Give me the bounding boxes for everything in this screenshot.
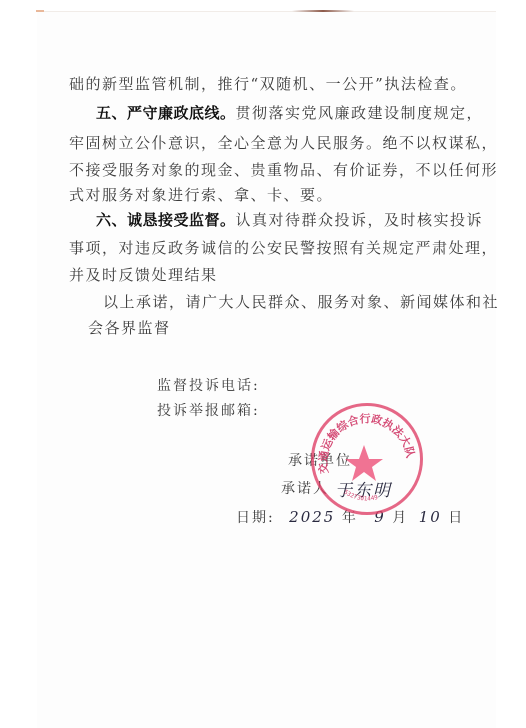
- paragraph-line: 五、严守廉政底线。贯彻落实党风廉政建设制度规定，: [96, 104, 483, 122]
- paragraph-text: 认真对待群众投诉，及时核实投诉: [236, 211, 484, 229]
- day-char: 日: [448, 510, 464, 526]
- email-label: 投诉举报邮箱:: [157, 400, 260, 420]
- official-seal: 交通运输综合行政执法大队 5327301449: [311, 403, 423, 515]
- paragraph-line: 六、诚恳接受监督。认真对待群众投诉，及时核实投诉: [96, 211, 483, 229]
- paragraph-line: 以上承诺，请广大人民群众、服务对象、新闻媒体和社: [103, 293, 499, 311]
- paragraph-line: 并及时反馈处理结果: [69, 266, 218, 284]
- seal-star-icon: 交通运输综合行政执法大队 5327301449: [311, 403, 423, 515]
- paragraph-line: 牢固树立公仆意识，全心全意为人民服务。绝不以权谋私，: [69, 134, 498, 152]
- paragraph-line: 不接受服务对象的现金、贵重物品、有价证券，不以任何形: [69, 161, 498, 179]
- section-heading: 六、诚恳接受监督。: [96, 211, 236, 229]
- page-edge-mark: [36, 10, 44, 12]
- paragraph-line: 事项，对违反政务诚信的公安民警按照有关规定严肃处理，: [69, 239, 498, 257]
- section-heading: 五、严守廉政底线。: [96, 104, 236, 122]
- paragraph-line: 式对服务对象进行索、拿、卡、要。: [69, 186, 333, 204]
- phone-label: 监督投诉电话:: [157, 375, 260, 395]
- paragraph-text: 贯彻落实党风廉政建设制度规定，: [236, 104, 484, 122]
- paragraph-line: 础的新型监管机制，推行“双随机、一公开”执法检查。: [69, 75, 467, 93]
- svg-text:5327301449: 5327301449: [342, 489, 379, 503]
- date-label: 日期:: [236, 510, 275, 526]
- paragraph-line: 会各界监督: [88, 319, 171, 337]
- page-edge-mark: [292, 10, 354, 12]
